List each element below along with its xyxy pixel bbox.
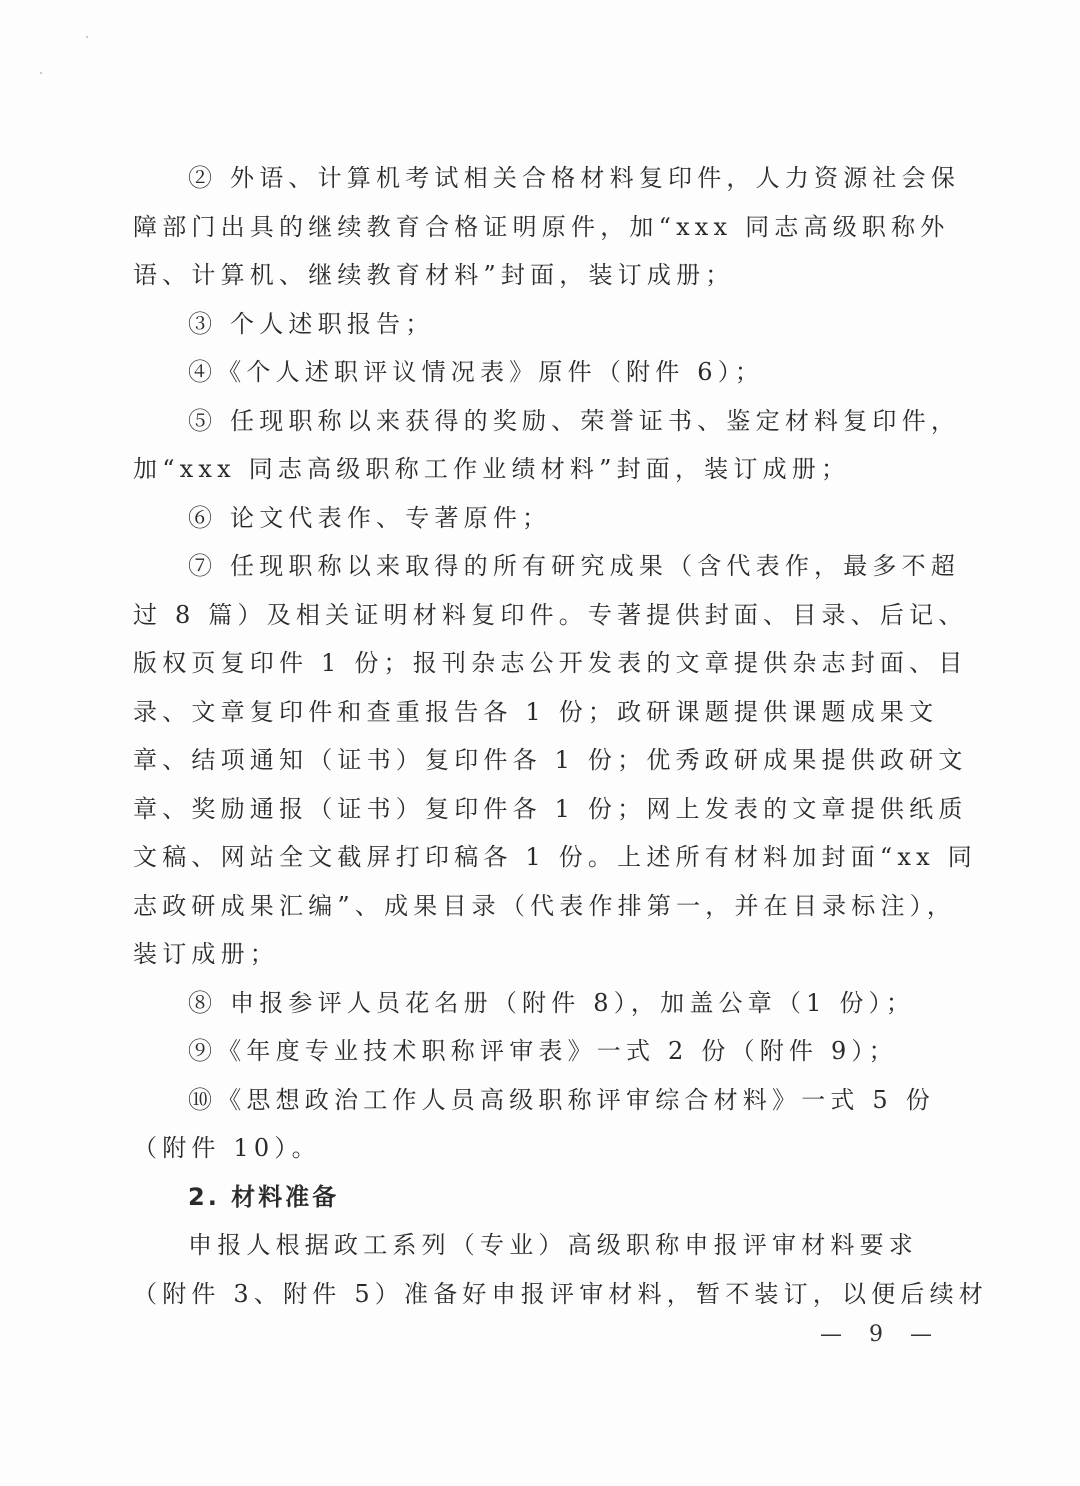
section-paragraph-line-2: （附件 3、附件 5）准备好申报评审材料，暂不装订，以便后续材 <box>133 1270 917 1319</box>
item-7-line-8: 志政研成果汇编”、成果目录（代表作排第一，并在目录标注）， <box>133 882 917 931</box>
item-8-line-1: ⑧ 申报参评人员花名册（附件 8），加盖公章（1 份）； <box>133 979 917 1028</box>
section-paragraph-line-1: 申报人根据政工系列（专业）高级职称申报评审材料要求 <box>133 1221 917 1270</box>
item-2-line-1: ② 外语、计算机考试相关合格材料复印件，人力资源社会保 <box>133 154 917 203</box>
document-page: ② 外语、计算机考试相关合格材料复印件，人力资源社会保 障部门出具的继续教育合格… <box>0 0 1080 1486</box>
item-3-line-1: ③ 个人述职报告； <box>133 300 917 349</box>
item-7-line-5: 章、结项通知（证书）复印件各 1 份；优秀政研成果提供政研文 <box>133 736 917 785</box>
item-7-line-1: ⑦ 任现职称以来取得的所有研究成果（含代表作，最多不超 <box>133 542 917 591</box>
item-2-line-2: 障部门出具的继续教育合格证明原件，加“xxx 同志高级职称外 <box>133 203 917 252</box>
scan-speck <box>40 72 42 74</box>
item-7-line-3: 版权页复印件 1 份；报刊杂志公开发表的文章提供杂志封面、目 <box>133 639 917 688</box>
item-10-line-1: ⑩《思想政治工作人员高级职称评审综合材料》一式 5 份 <box>133 1076 917 1125</box>
page-number: — 9 — <box>820 1322 942 1347</box>
item-5-line-1: ⑤ 任现职称以来获得的奖励、荣誉证书、鉴定材料复印件， <box>133 397 917 446</box>
item-7-line-9: 装订成册； <box>133 930 917 979</box>
item-9-line-1: ⑨《年度专业技术职称评审表》一式 2 份（附件 9）； <box>133 1027 917 1076</box>
scan-speck <box>86 36 88 38</box>
item-10-line-2: （附件 10）。 <box>133 1124 917 1173</box>
item-2-line-3: 语、计算机、继续教育材料”封面，装订成册； <box>133 251 917 300</box>
item-7-line-6: 章、奖励通报（证书）复印件各 1 份；网上发表的文章提供纸质 <box>133 785 917 834</box>
section-heading: 2. 材料准备 <box>133 1173 917 1222</box>
item-7-line-4: 录、文章复印件和查重报告各 1 份；政研课题提供课题成果文 <box>133 688 917 737</box>
item-6-line-1: ⑥ 论文代表作、专著原件； <box>133 494 917 543</box>
item-7-line-2: 过 8 篇）及相关证明材料复印件。专著提供封面、目录、后记、 <box>133 591 917 640</box>
item-5-line-2: 加“xxx 同志高级职称工作业绩材料”封面，装订成册； <box>133 445 917 494</box>
item-7-line-7: 文稿、网站全文截屏打印稿各 1 份。上述所有材料加封面“xx 同 <box>133 833 917 882</box>
document-body: ② 外语、计算机考试相关合格材料复印件，人力资源社会保 障部门出具的继续教育合格… <box>133 154 917 1318</box>
item-4-line-1: ④《个人述职评议情况表》原件（附件 6）； <box>133 348 917 397</box>
